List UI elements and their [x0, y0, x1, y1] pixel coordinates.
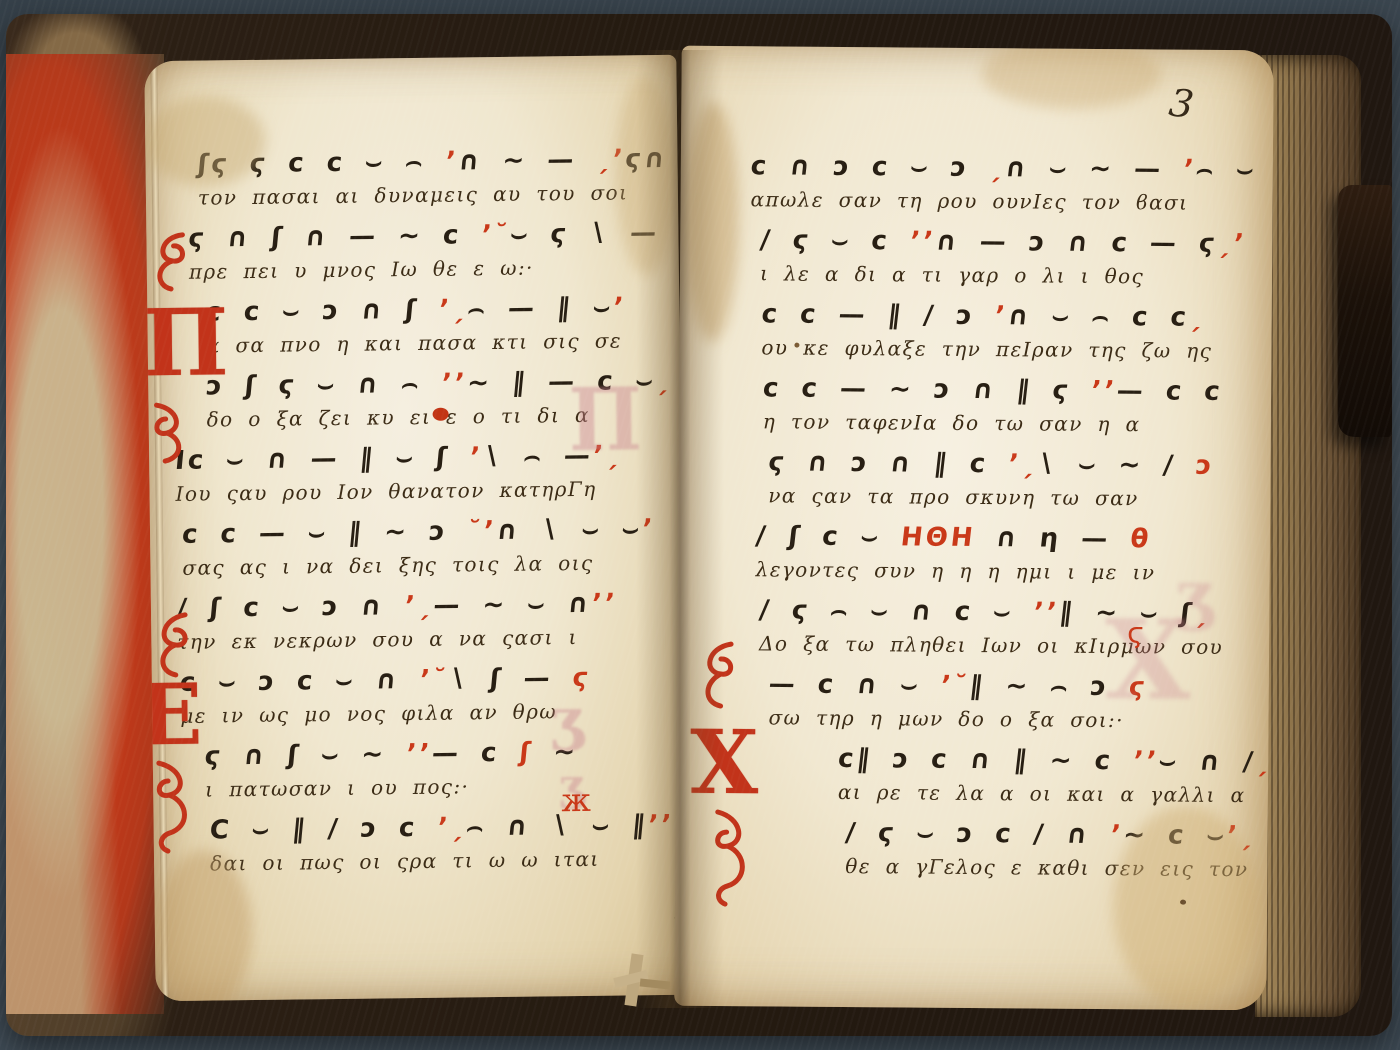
- left-page-text-block: ʃϛ ϛ c c ⌣ ⌢ ʼ∩ ∼ — ˏʼϛ∩τον πασαι αι δυν…: [159, 139, 662, 885]
- red-marginal-sign: ж: [561, 784, 591, 816]
- black-neume-group: ϛ ∩ ɔ ∩ ‖ ϲ: [767, 447, 1010, 479]
- neume-line: ∕ ϛ ⌣ ϲ ʼʼ∩ — ɔ ∩ ϲ — ϛˏʼ: [758, 220, 1241, 264]
- lyric-line: σας ας ι να δει ξης τοις λα οις: [182, 549, 658, 584]
- lyric-line: τον πασαι αι δυναμεις αυ του σοι: [198, 179, 654, 214]
- manuscript-book: Π ʒ ʒ ж Π Ε ʃϛ ϛ c c ⌣ ⌢ ʼ∩ ∼ — ˏʼϛ∩τον …: [6, 14, 1392, 1036]
- lyric-line: απωλε σαν τη ρου ουνΙες τον ϐασι: [750, 186, 1238, 219]
- neume-line: Ϲ ⌣ ‖ ∕ ɔ ϲ ʼˏ⌢ ∩ ∖ ⌣ ‖ʼʼ: [208, 805, 664, 851]
- red-neume-group: ʼ˘: [480, 220, 512, 250]
- red-neume-group: ʼˏ: [1007, 449, 1039, 479]
- chant-system: ϲ ϲ — ∼ ɔ ∩ ‖ ϛ ʼʼ— c cη τον ταφενΙα δο …: [749, 368, 1238, 441]
- black-neume-group: ϛ ∩ ʃ ⌣ ∼: [203, 739, 407, 771]
- flourish-ornament: [148, 229, 191, 294]
- neume-line: ϛ ∩ ʃ ⌣ ∼ ʼʼ— ϲ ʃ ∼: [203, 731, 663, 777]
- bleedthrough-initial-ghost: Π: [568, 377, 642, 464]
- neume-line: ϛ ∩ ʃ ∩ — ∼ c ʼ˘⌣ ϛ ∖ — ʼʼ: [187, 213, 657, 259]
- decorated-initial-epsilon: Ε: [144, 673, 203, 758]
- red-neume-group: ʼʼ: [1032, 597, 1061, 627]
- black-neume-group: ∩ ∼ —: [457, 145, 598, 177]
- photo-scene: Π ʒ ʒ ж Π Ε ʃϛ ϛ c c ⌣ ⌢ ʼ∩ ∼ — ˏʼϛ∩τον …: [0, 0, 1400, 1050]
- lyric-line: με ιν ως μο νος φιλα αν θρω: [180, 697, 660, 732]
- right-page-text-block: ϲ ∩ ɔ ϲ ⌣ ɔ ˏ∩ ⌣ ∼ — ʼ⌢ ⌣απωλε σαν τη ρο…: [745, 146, 1239, 890]
- black-neume-group: ɔ ʃ ϛ ⌣ ∩ ⌢: [205, 369, 443, 402]
- black-neume-group: ∕ ϛ ⌣ ϲ: [759, 225, 912, 256]
- black-neume-group: — c c: [1115, 376, 1224, 407]
- neume-line: ϲ ϲ ⌣ ɔ ∩ ʃ ʼˏ⌢ — ‖ ⌣ʼ: [203, 287, 657, 333]
- chant-system: ∕ ʃ ϲ ⌣ ΗΘΗ ∩ η — θλεγοντες συν η η η ημ…: [748, 516, 1237, 589]
- frayed-threads: [594, 950, 704, 1020]
- chant-system: ϛ ∩ ʃ ∩ — ∼ c ʼ˘⌣ ϛ ∖ — ʼʼπρε πει υ μνος…: [160, 213, 655, 288]
- red-neume-group: ʼʼ: [647, 810, 676, 840]
- black-neume-group: ∩ ⌣ ⌢ c c: [1006, 301, 1191, 332]
- red-neume-group: ʼ: [612, 292, 628, 322]
- black-neume-group: ∕ ϛ ⌢ ⌣ ∩ ϲ ⌣: [758, 595, 1036, 627]
- stain: [685, 102, 739, 342]
- black-neume-group: ϲ ∩ ɔ ϲ ⌣ ɔ: [749, 151, 991, 183]
- black-neume-group: ∖ ⌣ ∼ ∕: [1035, 450, 1197, 481]
- red-neume-group: ʼ: [641, 514, 657, 544]
- black-neume-group: ∕ ϛ ⌣ ɔ ϲ ∕ ∩: [844, 818, 1112, 850]
- red-neume-group: ʼˏ: [436, 812, 468, 842]
- neume-line: ϲ ϲ — ∼ ɔ ∩ ‖ ϛ ʼʼ— c c: [761, 368, 1240, 412]
- flourish-ornament: [149, 759, 196, 856]
- flourish-ornament: [695, 638, 740, 710]
- black-neume-group: ϲ ϲ — ∼ ɔ ∩ ‖ ϛ: [761, 373, 1092, 406]
- stain: [1112, 805, 1259, 1006]
- neume-line: ϲ‖ ɔ ϲ ∩ ‖ ∼ ϲ ʼʼ⌣ ∩ ∕ˏ: [836, 739, 1237, 782]
- red-neume-group: ΗΘΗ: [899, 522, 977, 553]
- black-neume-group: — ϲ ∩ ⌣: [767, 669, 942, 700]
- chant-system: ϲ ϲ ⌣ ɔ ∩ ʃ ʼˏ⌢ — ‖ ⌣ʼα σα πνο η και πασ…: [161, 287, 656, 362]
- black-neume-group: ϛ ∩ ʃ ∩ — ∼ c: [187, 220, 483, 254]
- chant-system: ϲ ∩ ɔ ϲ ⌣ ɔ ˏ∩ ⌣ ∼ — ʼ⌢ ⌣απωλε σαν τη ρο…: [750, 146, 1239, 219]
- red-marginal-sign: ϛ: [1127, 619, 1144, 647]
- page-number: 3: [1167, 80, 1197, 127]
- black-neume-group: ∕ ʃ ϲ ⌣: [754, 521, 902, 552]
- black-neume-group: ∕ ʃ ϲ ⌣ ɔ ∩: [176, 591, 406, 624]
- black-neume-group: ϲ ϲ ⌣ ɔ ∩ ʃ: [204, 295, 440, 328]
- foxing-spot: [794, 343, 799, 348]
- decorated-initial-pi: Π: [144, 296, 229, 389]
- lyric-line: ου κε φυλαξε την πεΙραν της ζω ης: [761, 334, 1237, 367]
- red-neume-group: ʼʼ: [590, 589, 619, 619]
- neume-line: ϛ ∩ ɔ ∩ ‖ ϲ ʼˏ∖ ⌣ ∼ ∕ ɔ: [766, 442, 1239, 486]
- neume-line: ϲ c — ⌣ ‖ ∼ ɔ ˘ʼ∩ ∖ ⌣ ⌣ʼ: [180, 509, 660, 555]
- black-neume-group: Ϲ ⌣ ‖ ∕ ɔ ϲ: [208, 813, 439, 846]
- chant-system: ϲ‖ ɔ ϲ ∩ ‖ ∼ ϲ ʼʼ⌣ ∩ ∕ˏαι ρε τε λα α οι …: [746, 738, 1235, 811]
- red-neume-group: ʼˏ: [403, 591, 435, 621]
- lyric-line: δαι οι πως οι ςρα τι ω ω ιται: [210, 845, 662, 880]
- chant-system: ϛ ∩ ɔ ∩ ‖ ϲ ʼˏ∖ ⌣ ∼ ∕ ɔνα ςαν τα προ σκυ…: [748, 442, 1237, 515]
- black-neume-group: Ιϲ ⌣ ∩ — ‖ ⌣ ʃ: [174, 442, 471, 476]
- flourish-ornament: [148, 401, 191, 466]
- chant-system: ϲ ⌣ ɔ ϲ ⌣ ∩ ʼ˘∖ ʃ — ϛμε ιν ως μο νος φιλ…: [166, 657, 661, 732]
- chant-system: ϲ ϲ — ‖ ∕ ɔ ʼ∩ ⌣ ⌢ c cˏου κε φυλαξε την …: [749, 294, 1238, 367]
- neume-line: ∕ ʃ ϲ ⌣ ΗΘΗ ∩ η — θ: [754, 516, 1239, 560]
- red-neume-group: ʼʼ: [405, 739, 434, 769]
- stain: [981, 46, 1162, 110]
- black-neume-group: ϲ‖ ɔ ϲ ∩ ‖ ∼ ϲ: [836, 744, 1134, 776]
- red-neume-group: ʼ˘: [939, 671, 971, 701]
- lyric-line: α σα πνο η και πασα κτι σις σε: [206, 327, 656, 361]
- lyric-line: να ςαν τα προ σκυνη τω σαν: [768, 482, 1236, 515]
- decorated-initial-chi: Χ: [690, 718, 759, 807]
- black-neume-group: — ∼ ⌣ ∩: [432, 589, 593, 621]
- left-page: Π ʒ ʒ ж Π Ε ʃϛ ϛ c c ⌣ ⌢ ʼ∩ ∼ — ˏʼϛ∩τον …: [144, 55, 687, 1001]
- right-page: Χ ʒ ϛ 3 Χ ϲ ∩ ɔ ϲ ⌣ ɔ ˏ∩ ⌣ ∼ — ʼ⌢ ⌣απωλε…: [674, 46, 1274, 1011]
- bleedthrough-ornament-ghost: ʒ: [550, 690, 584, 748]
- leather-clasp: [1338, 185, 1392, 437]
- chant-system: ∕ ϛ ⌣ ϲ ʼʼ∩ — ɔ ∩ ϲ — ϛˏʼι λε α δι α τι …: [750, 220, 1239, 293]
- black-neume-group: ⌢ — ‖ ⌣: [466, 293, 614, 325]
- black-neume-group: ϲ ϲ — ‖ ∕ ɔ: [760, 299, 996, 331]
- inside-cover-left: [6, 54, 164, 1014]
- black-neume-group: ⌣ ∩ ∕: [1157, 746, 1257, 777]
- chant-system: ϲ c — ⌣ ‖ ∼ ɔ ˘ʼ∩ ∖ ⌣ ⌣ʼσας ας ι να δει …: [164, 509, 659, 584]
- lyric-line: ι λε α δι α τι γαρ ο λι ι θος: [760, 260, 1238, 293]
- lyric-line: λεγοντες συν η η η ημι ι με ιν: [756, 556, 1236, 589]
- red-neume-group: ˏ: [654, 366, 673, 396]
- neume-line: ∕ ʃ ϲ ⌣ ɔ ∩ ʼˏ— ∼ ⌣ ∩ʼʼ: [175, 583, 661, 629]
- red-neume-group: ɔ: [1194, 451, 1216, 481]
- chant-system: ∕ ʃ ϲ ⌣ ɔ ∩ ʼˏ— ∼ ⌣ ∩ʼʼτην εκ νεκρων σου…: [165, 583, 660, 658]
- black-neume-group: ⌢ ∩ ∖ ⌣ ‖: [465, 810, 649, 842]
- red-neume-group: ˏʼ: [1216, 229, 1248, 259]
- red-neume-group: ʼ˘: [418, 665, 450, 695]
- red-neume-group: ʼˏ: [438, 294, 470, 324]
- black-neume-group: — ϲ: [431, 738, 521, 769]
- neume-line: ϲ ⌣ ɔ ϲ ⌣ ∩ ʼ˘∖ ʃ — ϛ: [178, 657, 662, 703]
- lyric-line: Ιου ςαυ ρου Ιον θανατον κατηρΓη: [175, 475, 657, 510]
- foxing-spot: [1180, 900, 1186, 905]
- red-neume-group: ˏ: [1187, 303, 1206, 333]
- lyric-line: πρε πει υ μνος Ιω θε ε ω:·: [189, 253, 655, 288]
- black-neume-group: ϲ c — ⌣ ‖ ∼ ɔ: [181, 516, 469, 550]
- bleedthrough-ornament-ghost: ʒ: [1175, 562, 1213, 628]
- black-neume-group: ∩ ⌣ ∼ —: [1003, 153, 1185, 184]
- red-neume-group: θ: [1129, 524, 1153, 554]
- black-neume-group: ⌢ ⌣: [1194, 155, 1258, 185]
- lyric-line: ι πατωσαν ι ου πος:·: [205, 771, 661, 806]
- red-neume-group: ˘ʼ: [466, 516, 498, 546]
- red-neume-group: ʼʼ: [1089, 376, 1118, 406]
- neume-line: ϲ ∩ ɔ ϲ ⌣ ɔ ˏ∩ ⌣ ∼ — ʼ⌢ ⌣: [749, 146, 1242, 190]
- lyric-line: η τον ταφενΙα δο τω σαν η α: [763, 408, 1237, 441]
- red-neume-group: ʼʼ: [440, 368, 469, 398]
- neume-line: ϲ ϲ — ‖ ∕ ɔ ʼ∩ ⌣ ⌢ c cˏ: [759, 294, 1240, 338]
- black-neume-group: ∩ ∖ ⌣ ⌣: [495, 514, 643, 546]
- black-neume-group: ∩ — ɔ ∩ ϲ — ϛ: [934, 227, 1219, 259]
- black-neume-group: ϲ ⌣ ɔ ϲ ⌣ ∩: [178, 665, 421, 698]
- lyric-line: την εκ νεκρων σου α να ςασι ι: [177, 623, 659, 658]
- red-neume-group: ʼʼ: [1131, 746, 1160, 776]
- flourish-ornament: [705, 808, 754, 908]
- black-neume-group: ∩ η —: [974, 523, 1132, 554]
